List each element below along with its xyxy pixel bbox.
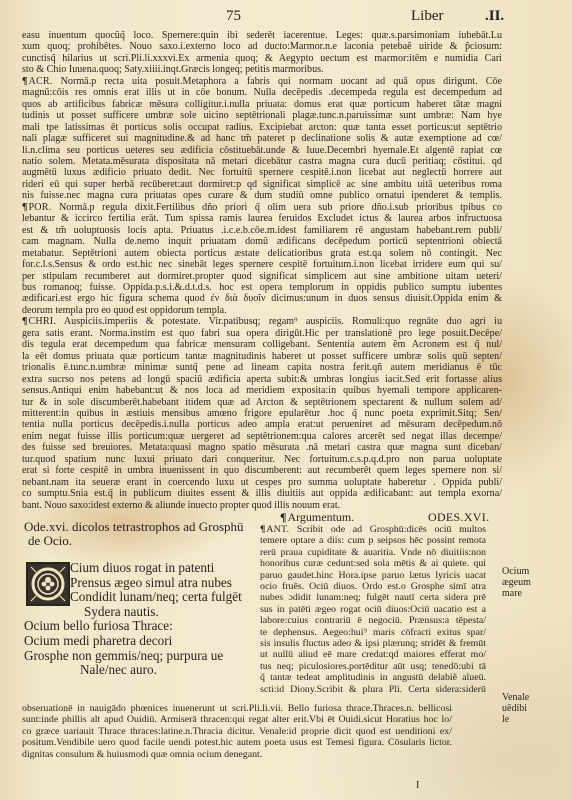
poem-line: Prensus ægeo simul atra nubes bbox=[24, 576, 274, 591]
text-line: mali tpe latissimas ēt porticus solis oc… bbox=[22, 122, 502, 133]
book-page: 75 Liber .II. easu inuentum quocũq̃ loco… bbox=[0, 0, 572, 800]
poem-line: Condidit lunam/neq; certa fulgēt bbox=[24, 590, 274, 605]
text-line: tus neq; piculosiores.portēditur aūt usq… bbox=[260, 661, 486, 672]
ode-poem: Cium diuos rogat in patenti Prensus ægeo… bbox=[24, 561, 274, 678]
argument-block: ¶ANT. Scribit ode ad Grosphū:dicēs ociū … bbox=[260, 524, 486, 695]
poem-line: Grosphe non gemmis/neq; purpura ue bbox=[24, 649, 274, 664]
text-line: rideri eū qui super herbā recūberet:aut … bbox=[22, 179, 502, 190]
text-line: nubes ɔdidit lunam:neq; fulgēt nautī cer… bbox=[260, 592, 486, 603]
running-title: Liber bbox=[411, 8, 443, 25]
text-line: li.n.clima seu porticus ueteres seu ædif… bbox=[22, 145, 502, 156]
text-line: ¶ANT. Scribit ode ad Grosphū:dicēs ociū … bbox=[260, 524, 486, 535]
book-number: .II. bbox=[485, 8, 504, 25]
pilcrow-icon: ¶ bbox=[22, 202, 27, 213]
margin-note-line: le bbox=[502, 714, 529, 725]
argument-label: Argumentum. bbox=[287, 510, 354, 524]
text-line: scti:id Diony.Scribit & plura Pli. Certa… bbox=[260, 684, 486, 695]
poem-line: Cium diuos rogat in patenti bbox=[24, 561, 274, 576]
text-line: magnū:cōis res omnis erat illis ut in cō… bbox=[22, 87, 502, 98]
text-line: ¶POR. Normā.p regula dixit.Fertilibus dñ… bbox=[22, 202, 502, 213]
text-fragment: Scribit ode ad Grosphū:dicēs ociū multos bbox=[289, 524, 486, 535]
text-line: per stipulam recumberet aut dormiret.pro… bbox=[22, 271, 502, 282]
margin-note-line: ægeum bbox=[502, 577, 531, 588]
text-line: ut nullū aliud eē mare credat:qd̃ maiore… bbox=[260, 649, 486, 660]
lemma-label: CHRI. bbox=[28, 316, 56, 327]
text-line: temere optare a diis: cum p seipsos hēc … bbox=[260, 535, 486, 546]
signature-mark: I bbox=[416, 780, 419, 791]
margin-note-line: mare bbox=[502, 588, 531, 599]
text-line: sto & Chio Iuuena.quoq; Saty.xiiii.inqt.… bbox=[22, 64, 502, 75]
text-line: nis fuisse.nec magna cura priuatas opes … bbox=[22, 190, 502, 201]
ode-number: ODES.XVI. bbox=[428, 510, 489, 525]
commentary-block: easu inuentum quocũq̃ loco. Spernere:qui… bbox=[22, 30, 502, 511]
ode-heading: Ode.xvi. dicolos tetrastrophos ad Grosph… bbox=[24, 520, 264, 548]
text-line: ocio fruēs. Ociū diuos. Ordo est.o Grosp… bbox=[260, 581, 486, 592]
commentary-paragraph-acr: ¶ACR. Normā.p recta uita posuit.Metaphor… bbox=[22, 76, 502, 202]
text-line: tentia nulla porticus decēpedis.i.nulla … bbox=[22, 419, 502, 430]
pilcrow-icon: ¶ bbox=[22, 76, 27, 87]
text-line: dis tegula erat decempedum qua fabricæ m… bbox=[22, 339, 502, 350]
text-line: bus romanoq; fuisse. Oppida.p.s.i.&.d.t.… bbox=[22, 282, 502, 293]
ode-heading-line: de Ocio. bbox=[24, 534, 264, 548]
margin-note-ocium: Ocium ægeum mare bbox=[502, 566, 531, 599]
text-line: honoribus curæ cedunt:sed sola mētis & a… bbox=[260, 558, 486, 569]
text-line: des fuisse sed breuiores. Metata:quasi m… bbox=[22, 442, 502, 453]
text-line: trionalis ē.tunc.n.umbræ minimæ suntq̃ p… bbox=[22, 362, 502, 373]
text-line: obseruationē in nauigādo phœnices inuene… bbox=[22, 703, 452, 714]
text-line: deorum templa pro eo quod est oppidorum … bbox=[22, 305, 502, 316]
text-line: xum quoq; prohibētes. Nouo saxo.i.extern… bbox=[22, 41, 502, 52]
tail-commentary: obseruationē in nauigādo phœnices inuene… bbox=[22, 703, 452, 760]
text-line: positum.Vendibile uero quod facile uendi… bbox=[22, 737, 452, 748]
text-line: labore:cuius contrariū ē negociū. Prænsu… bbox=[260, 615, 486, 626]
text-line: rerū praua cupiditate & auaritia. Vnde n… bbox=[260, 547, 486, 558]
lemma-label: ACR. bbox=[28, 76, 52, 87]
text-line: sunt:inde phillis alt apud Ouidiū. Armis… bbox=[22, 714, 452, 725]
text-line: quos ab artificibus fabricæ mēsura colli… bbox=[22, 99, 502, 110]
text-line: augmētū luxus ædificio priuato dedit. Ne… bbox=[22, 167, 502, 178]
text-line: metabatur. Septētrioni autem obiecta por… bbox=[22, 248, 502, 259]
text-line: paruo gaudet.hinc Hora.ipse paruo lætus … bbox=[260, 570, 486, 581]
text-line: dignitas consulum & huiusmodi quæ omnia … bbox=[22, 749, 452, 760]
text-line: la eēt domus priuata quæ porticum tantæ … bbox=[22, 351, 502, 362]
text-line: co græce uariauit Thrace thraces:latine.… bbox=[22, 726, 452, 737]
text-line: natio solem. Metata.mēsurata dispositata… bbox=[22, 156, 502, 167]
text-line: cunctisq̃ hilarius ut scri.Pli.li.xxxvi.… bbox=[22, 53, 502, 64]
text-line: erat si forte cespitē in umbra inuenisse… bbox=[22, 465, 502, 476]
poem-line: Sydera nautis. bbox=[24, 605, 274, 620]
text-line: ¶CHRI. Auspiciis.imperiis & potestate. V… bbox=[22, 316, 502, 327]
text-line: tur.quod spatium nunc luxui priuato dari… bbox=[22, 454, 502, 465]
text-line: nebant.nam ita seueræ erant in coercendo… bbox=[22, 477, 502, 488]
folio-number: 75 bbox=[226, 8, 241, 25]
text-line: for.c.l.s.Sensus & ordo est.hic nec sine… bbox=[22, 259, 502, 270]
text-line: tudinis ut posset sufficere umbræ sole u… bbox=[22, 110, 502, 121]
poem-line: Ocium bello furiosa Thrace: bbox=[24, 619, 274, 634]
text-line: nali plagæ sufficeret sui magnitudine.& … bbox=[22, 133, 502, 144]
ode-heading-line: Ode.xvi. dicolos tetrastrophos ad Grosph… bbox=[24, 519, 244, 534]
text-line: gera satis erant. Norma.instim est quo f… bbox=[22, 328, 502, 339]
text-line: co sumptu.Snia est.q̃ in publicum diuite… bbox=[22, 488, 502, 499]
text-line: ædificari.est ergo hic figura schema quo… bbox=[22, 293, 502, 304]
text-line: easu inuentum quocũq̃ loco. Spernere:qui… bbox=[22, 30, 502, 41]
page-header: 75 Liber .II. bbox=[0, 8, 572, 30]
text-line: te dephensus. Aegeo:hui⁹ maris cōfracti … bbox=[260, 627, 486, 638]
text-line: sis insulis fluctus adeo & ipsi plærunq;… bbox=[260, 638, 486, 649]
text-line: tur & in sole discumberēt.habebant itide… bbox=[22, 397, 502, 408]
argument-heading: ¶Argumentum. bbox=[280, 510, 354, 525]
margin-note-venale: Venale uēdibi le bbox=[502, 692, 529, 725]
text-line: extra sucrso nos petens ad longū spaciū … bbox=[22, 374, 502, 385]
text-fragment: Auspiciis.imperiis & potestate. Vir.pati… bbox=[56, 316, 502, 327]
margin-note-line: Ocium bbox=[502, 566, 531, 577]
text-line: enim negat fuisse illis porticum:quæ uer… bbox=[22, 431, 502, 442]
commentary-paragraph: easu inuentum quocũq̃ loco. Spernere:qui… bbox=[22, 30, 502, 76]
pilcrow-icon: ¶ bbox=[260, 524, 265, 535]
text-line: est & tm̃ uoluptuosis locis apta. Priuat… bbox=[22, 225, 502, 236]
pilcrow-icon: ¶ bbox=[280, 510, 286, 524]
text-line: ¶ACR. Normā.p recta uita posuit.Metaphor… bbox=[22, 76, 502, 87]
text-line: lebantur & iccirco fertilia erāt. Tum sp… bbox=[22, 213, 502, 224]
lemma-label: ANT. bbox=[266, 524, 289, 535]
text-line: cam magnam. Nulla de.nemo inquit priuata… bbox=[22, 236, 502, 247]
text-line: sensus.Antiqui enim habebant:ut & nos lo… bbox=[22, 385, 502, 396]
margin-note-line: Venale bbox=[502, 692, 529, 703]
text-fragment: Normā.p recta uita posuit.Metaphora a fa… bbox=[53, 76, 502, 87]
margin-note-line: uēdibi bbox=[502, 703, 529, 714]
text-fragment: Normā.p regula dixit.Fertilibus dño prio… bbox=[51, 202, 502, 213]
text-line: q̃ tantæ tedeat amplitudinis in angustū … bbox=[260, 672, 486, 683]
commentary-paragraph-chri: ¶CHRI. Auspiciis.imperiis & potestate. V… bbox=[22, 316, 502, 511]
commentary-paragraph-por: ¶POR. Normā.p regula dixit.Fertilibus dñ… bbox=[22, 202, 502, 317]
text-line: sus in patēti ægeo rogat ociū diuos:Ociū… bbox=[260, 604, 486, 615]
poem-line: Ocium medi pharetra decori bbox=[24, 634, 274, 649]
pilcrow-icon: ¶ bbox=[22, 316, 27, 327]
poem-line: Nale/nec auro. bbox=[24, 663, 274, 678]
text-line: mitterent:in quibus in æstiuis mensibus … bbox=[22, 408, 502, 419]
lemma-label: POR. bbox=[28, 202, 51, 213]
